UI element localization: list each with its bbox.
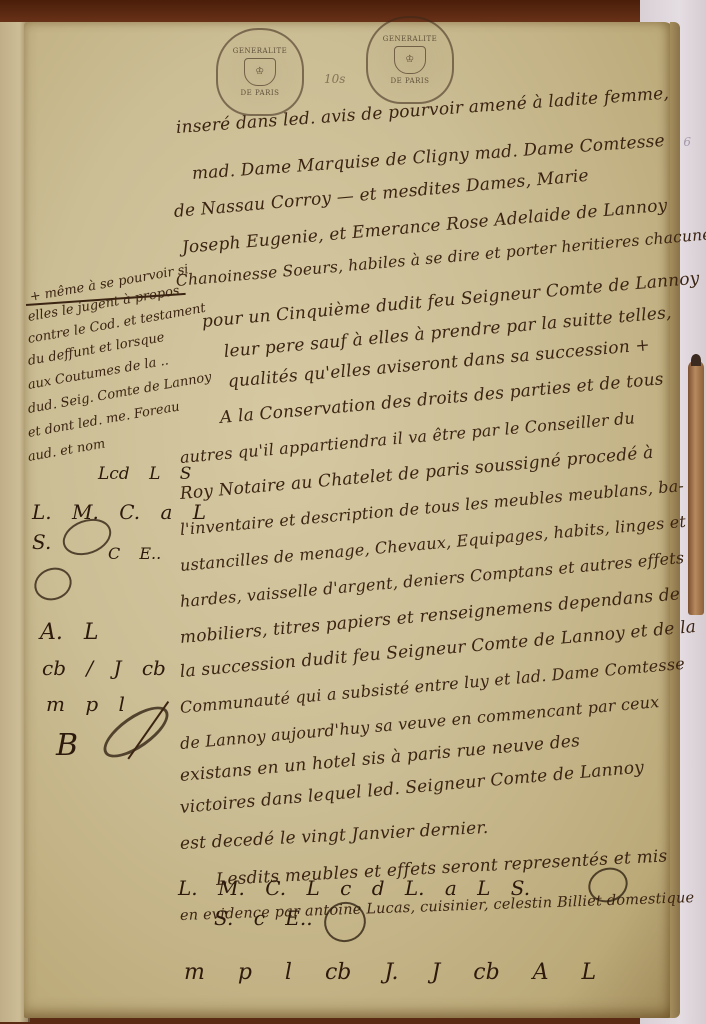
- body-line: mad. Dame Marquise de Cligny mad. Dame C…: [191, 131, 665, 184]
- pencil: [688, 360, 704, 615]
- stamp-ring-text: DE PARIS: [241, 89, 280, 97]
- margin-initials: A. L: [40, 620, 98, 645]
- body-line: est decedé le vingt Janvier dernier.: [179, 818, 488, 854]
- stamp-annotation: 10s: [324, 72, 345, 86]
- crown-emblem-icon: ♔: [394, 46, 426, 74]
- stamp-ring-text: DE PARIS: [391, 77, 430, 85]
- margin-initials: S.: [32, 530, 51, 554]
- stamp-ring-text: GENERALITE: [233, 47, 287, 55]
- footer-initials: m p l cb J. J cb A L: [184, 960, 596, 985]
- margin-initials: C E..: [108, 544, 161, 563]
- tax-stamp-right: GENERALITE ♔ DE PARIS: [366, 16, 454, 104]
- margin-initials: L. M. C. a L: [32, 500, 206, 524]
- tax-stamp-left: GENERALITE ♔ DE PARIS: [216, 28, 304, 116]
- margin-initials: cb / J cb: [42, 656, 166, 680]
- margin-initials: Lcd L S: [98, 464, 191, 484]
- footer-initials: S. c E..: [214, 906, 313, 930]
- crown-emblem-icon: ♔: [244, 58, 276, 86]
- stamp-ring-text: GENERALITE: [383, 35, 437, 43]
- margin-note-line: aud. et nom: [27, 437, 107, 465]
- manuscript-page: GENERALITE ♔ DE PARIS 10s GENERALITE ♔ D…: [24, 22, 674, 1018]
- margin-initials: m p l: [46, 692, 125, 716]
- margin-initials: B: [56, 728, 78, 763]
- paraph-flourish: [30, 562, 77, 605]
- footer-initials: L. M. C. L c d L. a L S.: [178, 876, 530, 900]
